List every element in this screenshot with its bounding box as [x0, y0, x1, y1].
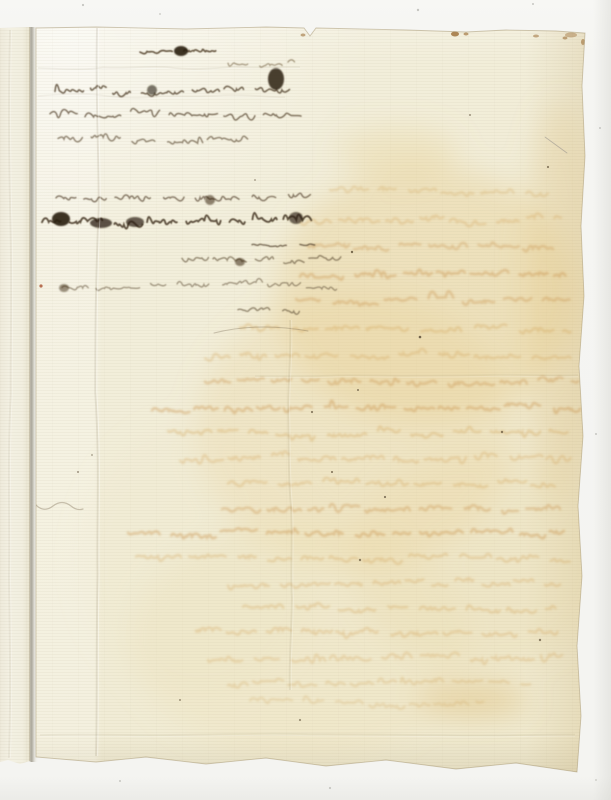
paper-speck: [539, 639, 541, 641]
dust-speck: [532, 3, 534, 5]
paper-speck: [469, 114, 471, 116]
ink-blot: [235, 258, 245, 266]
pen-mark: [20, 501, 83, 509]
paper-speck: [384, 496, 386, 498]
paper-speck: [547, 166, 549, 168]
handwriting-line-dark: [228, 60, 295, 67]
rust-spot: [533, 35, 539, 38]
ink-blot: [289, 212, 303, 224]
handwriting-line-dark: [50, 108, 301, 120]
paper-speck: [351, 251, 353, 253]
ink-blot: [126, 217, 144, 227]
paper-speck: [39, 284, 42, 287]
dust-speck: [82, 4, 84, 6]
paper-speck: [501, 431, 503, 433]
paper-speck: [91, 454, 93, 456]
pen-mark: [3, 262, 8, 296]
dust-speck: [599, 127, 601, 129]
paper-speck: [299, 719, 301, 721]
ink-blot: [90, 218, 112, 228]
dust-speck: [329, 787, 331, 789]
ink-blot: [174, 46, 188, 56]
rust-spot: [563, 37, 568, 40]
ink-blot: [205, 195, 215, 205]
paper-speck: [331, 471, 333, 473]
ink-blot: [268, 68, 284, 90]
pen-mark: [1, 208, 6, 238]
paper-speck: [179, 699, 181, 701]
dust-speck: [595, 779, 597, 781]
rust-spot: [451, 32, 459, 37]
ink-blot: [52, 212, 70, 226]
stain-blotch: [338, 126, 458, 178]
paper-speck: [359, 559, 361, 561]
paper-speck: [357, 389, 359, 391]
handwriting-line-dark: [42, 213, 311, 229]
dust-speck: [119, 780, 121, 782]
ink-blot: [59, 284, 69, 292]
dust-speck: [595, 433, 597, 435]
paper-speck: [77, 471, 79, 473]
handwriting-line-dark: [56, 193, 310, 202]
ink-blot: [147, 85, 157, 95]
paper-speck: [419, 336, 422, 339]
rust-spot: [301, 34, 306, 37]
scanner-background: [0, 0, 611, 800]
rust-spot: [464, 33, 469, 36]
scan-artifact-layer: [0, 0, 611, 800]
paper-speck: [254, 179, 256, 181]
ink-blots: [52, 46, 303, 292]
paper-speck: [311, 411, 313, 413]
rust-spot: [565, 33, 577, 38]
handwriting-line-dark: [58, 134, 248, 144]
dust-speck: [417, 9, 419, 11]
dust-speck: [159, 13, 161, 15]
